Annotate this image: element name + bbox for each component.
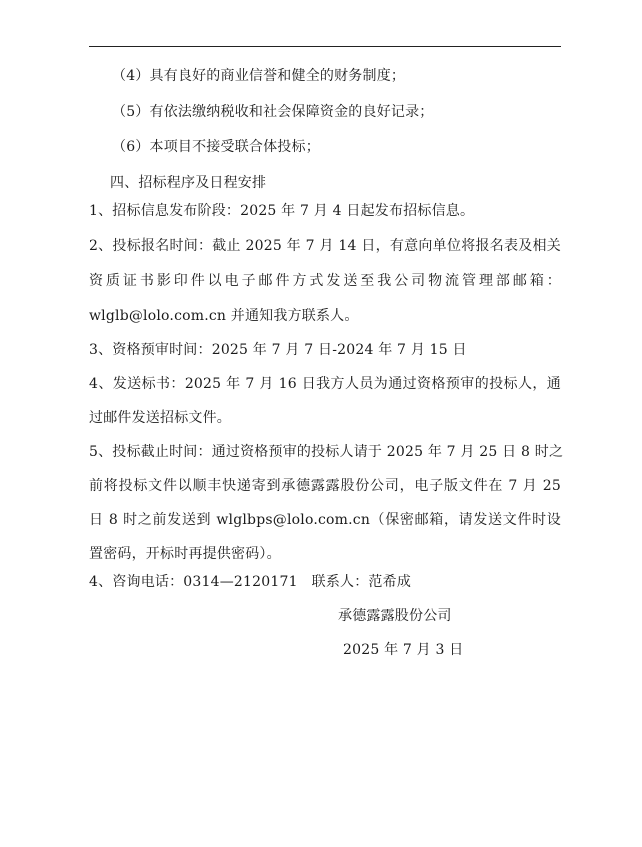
header-rule xyxy=(89,46,561,47)
requirement-4: （4）具有良好的商业信誉和健全的财务制度； xyxy=(112,67,405,85)
item-5-line-4: 置密码，开标时再提供密码）。 xyxy=(89,545,281,563)
requirement-6: （6）本项目不接受联合体投标； xyxy=(112,138,320,156)
signature-date: 2025 年 7 月 3 日 xyxy=(343,641,464,659)
item-4-line-1: 4、发送标书：2025 年 7 月 16 日我方人员为通过资格预审的投标人，通 xyxy=(89,375,561,393)
requirement-5: （5）有依法缴纳税收和社会保障资金的良好记录； xyxy=(112,103,434,121)
section-heading: 四、招标程序及日程安排 xyxy=(110,174,266,192)
item-2-line-1: 2、投标报名时间：截止 2025 年 7 月 14 日，有意向单位将报名表及相关 xyxy=(89,237,561,255)
item-5-line-1: 5、投标截止时间：通过资格预审的投标人请于 2025 年 7 月 25 日 8 … xyxy=(89,443,561,461)
item-5-line-2: 前将投标文件以顺丰快递寄到承德露露股份公司，电子版文件在 7 月 25 xyxy=(89,477,561,495)
item-2-line-2: 资质证书影印件以电子邮件方式发送至我公司物流管理部邮箱： xyxy=(89,272,561,290)
contact-line: 4、咨询电话：0314—2120171 联系人：范希成 xyxy=(89,573,411,591)
item-2-line-3: wlglb@lolo.com.cn 并通知我方联系人。 xyxy=(89,307,359,325)
item-4-line-2: 过邮件发送招标文件。 xyxy=(89,409,231,427)
item-3: 3、资格预审时间：2025 年 7 月 7 日-2024 年 7 月 15 日 xyxy=(89,341,467,359)
item-5-line-3: 日 8 时之前发送到 wlglbps@lolo.com.cn（保密邮箱，请发送文… xyxy=(89,511,561,529)
signature-company: 承德露露股份公司 xyxy=(338,607,452,625)
item-1: 1、招标信息发布阶段：2025 年 7 月 4 日起发布招标信息。 xyxy=(89,202,474,220)
